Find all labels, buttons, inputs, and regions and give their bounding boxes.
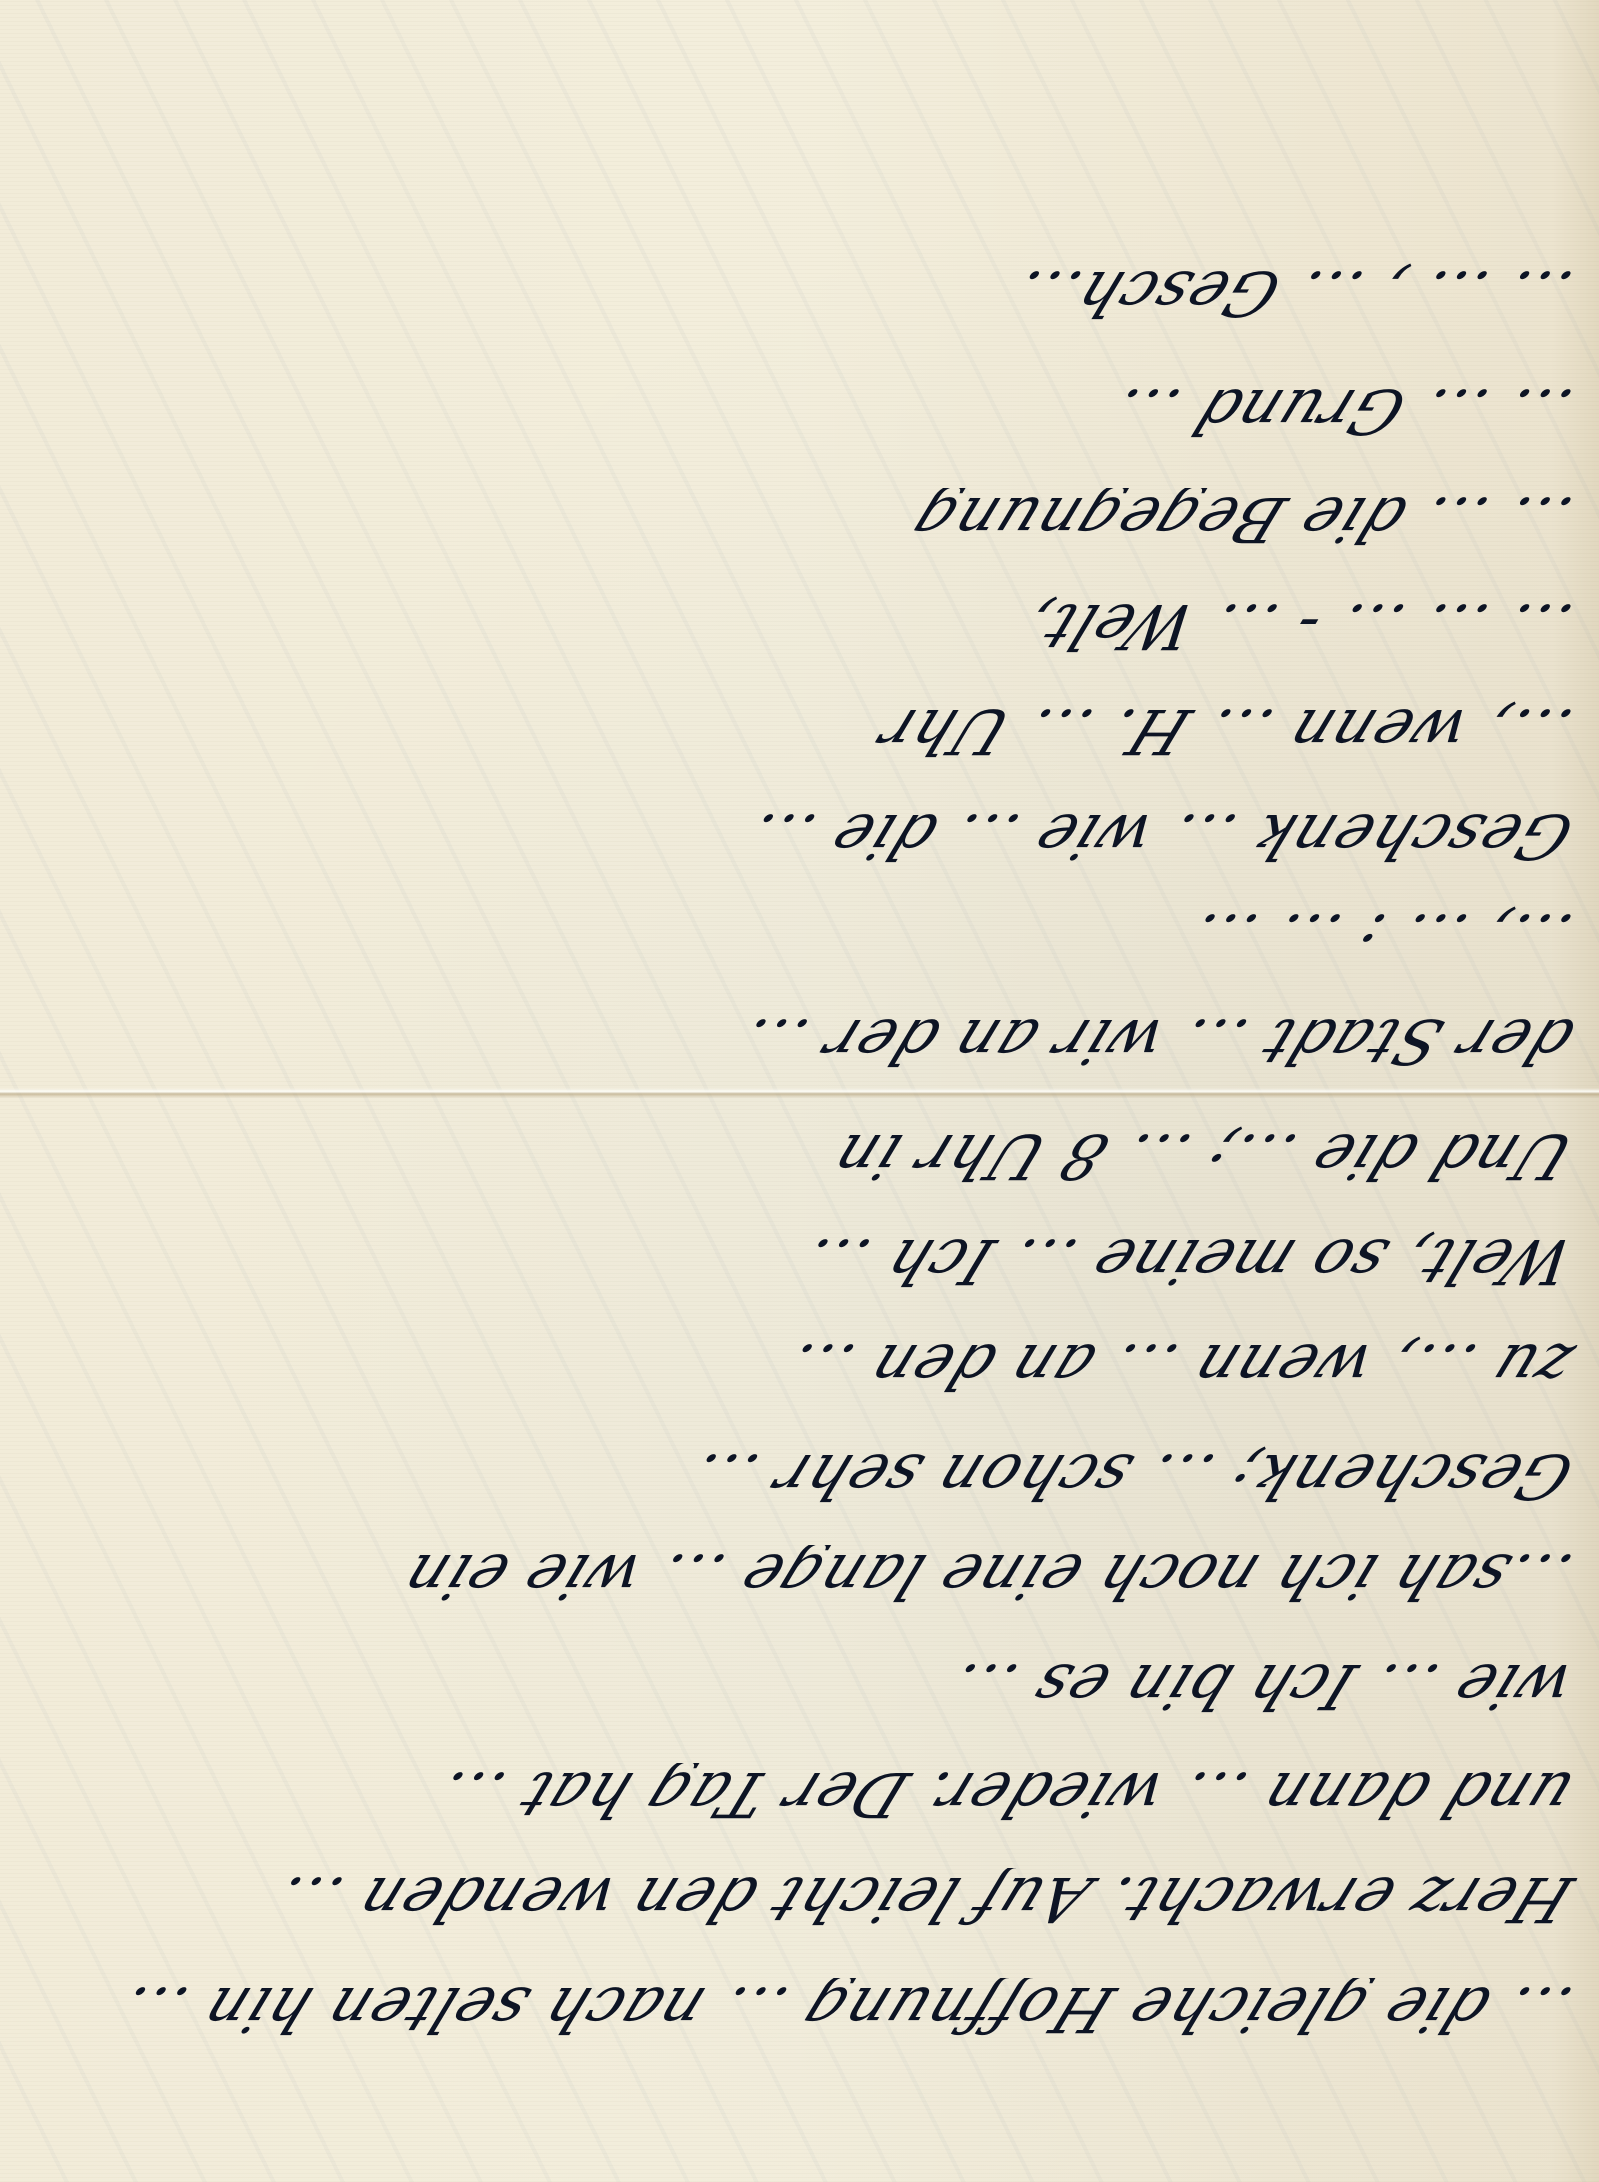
handwritten-line: wie … Ich bin es … xyxy=(36,1655,1581,1717)
handwritten-line: Herz erwacht. Auf leicht den wenden … xyxy=(36,1868,1581,1930)
handwritten-line: … … die Begegnung xyxy=(36,488,1581,550)
handwritten-line: und dann … wieder. Der Tag hat … xyxy=(36,1763,1581,1825)
handwritten-text-block: … die gleiche Hoffnung … nach selten hin… xyxy=(0,0,1599,2182)
letter-page: … die gleiche Hoffnung … nach selten hin… xyxy=(0,0,1599,2182)
handwritten-line: … … … - … Welt, xyxy=(36,595,1581,657)
handwritten-line: Geschenk … wie … die … xyxy=(36,805,1581,867)
handwritten-line: …, wenn … H. … Uhr xyxy=(36,700,1581,762)
handwritten-line: … die gleiche Hoffnung … nach selten hin… xyxy=(36,1978,1581,2040)
handwritten-line: der Stadt … wir an der … xyxy=(36,1010,1581,1072)
handwritten-line: Geschenk; … schon sehr … xyxy=(36,1445,1581,1507)
handwritten-line: zu …, wenn … an den … xyxy=(36,1335,1581,1397)
handwritten-line: Und die …; … 8 Uhr in xyxy=(36,1125,1581,1187)
handwritten-line: …sah ich noch eine lange … wie ein xyxy=(36,1545,1581,1607)
handwritten-line: …, … : … … xyxy=(36,905,1581,967)
handwritten-line: … … Grund … xyxy=(36,380,1581,442)
handwritten-line: … … , … Gesch… xyxy=(36,262,1581,324)
handwritten-line: Welt, so meine … Ich … xyxy=(36,1230,1581,1292)
